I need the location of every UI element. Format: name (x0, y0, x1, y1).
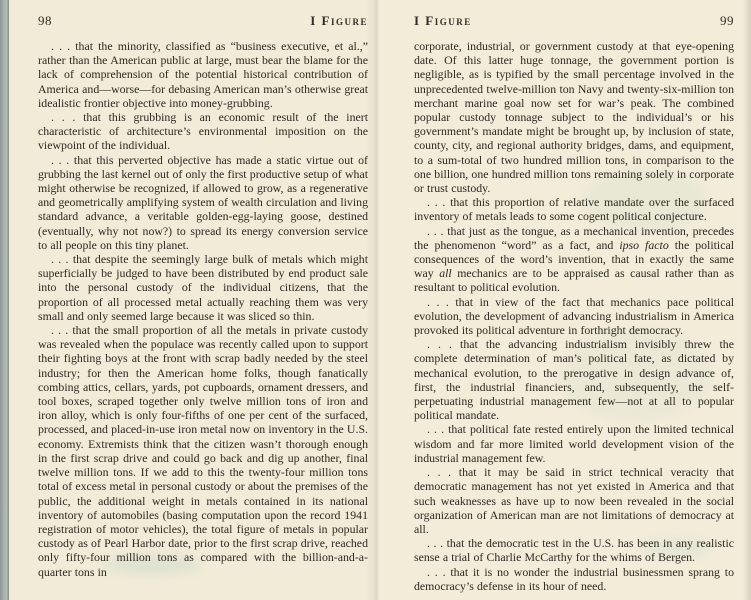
paragraph: . . . that the advancing industrialism i… (414, 337, 734, 422)
paragraph: corporate, industrial, or government cus… (414, 39, 734, 195)
running-head: I Figure (310, 13, 368, 29)
page-left: 98 I Figure . . . that the minority, cla… (38, 13, 368, 579)
running-head: I Figure (414, 13, 472, 29)
paragraph: . . . that it is no wonder the industria… (414, 565, 734, 593)
paragraph: . . . that the small proportion of all t… (38, 323, 368, 579)
page-body: . . . that the minority, classified as “… (38, 39, 368, 579)
paragraph: . . . that despite the seemingly large b… (38, 252, 368, 323)
page-gutter (366, 0, 386, 600)
book-edge (0, 0, 9, 600)
paragraph: . . . that the democratic test in the U.… (414, 536, 734, 564)
paragraph: . . . that political fate rested entirel… (414, 422, 734, 465)
page-number: 99 (720, 13, 734, 29)
right-page-edge-shadow (743, 0, 751, 600)
page-right: I Figure 99 corporate, industrial, or go… (414, 13, 734, 593)
book-scan: 98 I Figure . . . that the minority, cla… (0, 0, 751, 600)
page-body: corporate, industrial, or government cus… (414, 39, 734, 593)
paragraph: . . . that in view of the fact that mech… (414, 295, 734, 338)
paragraph: . . . that the minority, classified as “… (38, 39, 368, 110)
paragraph: . . . that this grubbing is an economic … (38, 110, 368, 153)
paragraph: . . . that it may be said in strict tech… (414, 465, 734, 536)
paragraph: . . . that just as the tongue, as a mech… (414, 224, 734, 295)
page-header: 98 I Figure (38, 13, 368, 29)
page-number: 98 (38, 13, 52, 29)
paragraph: . . . that this proportion of relative m… (414, 195, 734, 223)
page-header: I Figure 99 (414, 13, 734, 29)
paragraph: . . . that this perverted objective has … (38, 153, 368, 252)
